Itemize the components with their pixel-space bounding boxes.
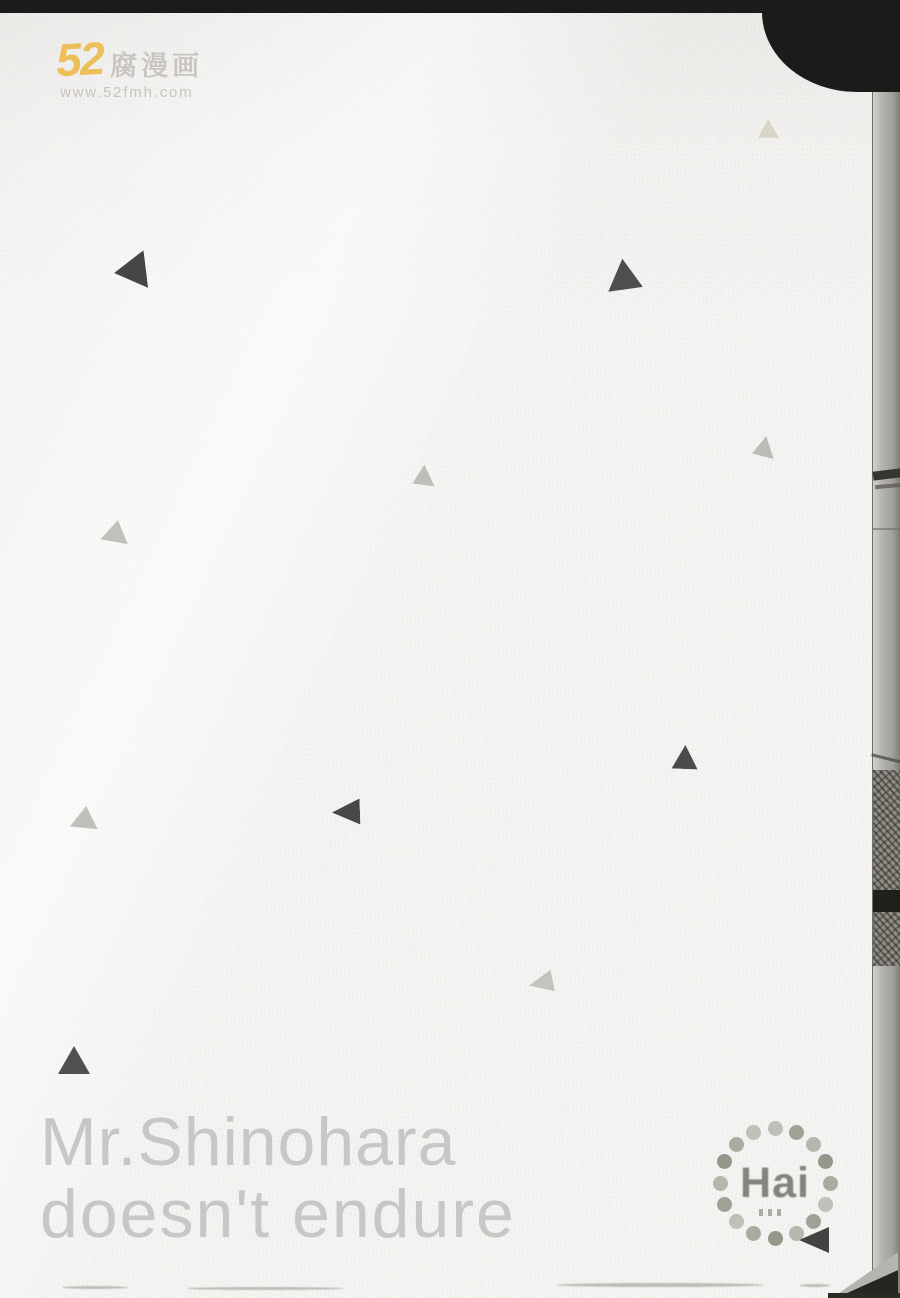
bottom-smudge-line — [800, 1284, 830, 1287]
watermark: 52 腐漫画 www.52fmh.com — [56, 36, 203, 101]
bottom-smudge-line — [556, 1283, 764, 1287]
triangle-dark — [672, 745, 699, 770]
page-title: Mr.Shinohara doesn't endure — [40, 1106, 516, 1250]
bottom-edge-dark-line — [828, 1293, 900, 1298]
triangle-light — [407, 464, 434, 494]
triangle-light — [527, 970, 555, 997]
watermark-cjk-text: 腐漫画 — [110, 53, 203, 80]
triangle-dark — [58, 1046, 90, 1074]
page-edge-mark — [873, 528, 900, 530]
hai-stamp-submarks — [759, 1209, 793, 1217]
top-right-corner-shadow — [762, 0, 900, 92]
page-edge-mark — [875, 483, 900, 489]
right-page-edge — [872, 58, 900, 1298]
triangle-light — [748, 436, 773, 465]
hai-stamp-label: Hai — [713, 1121, 837, 1245]
triangle-light — [100, 518, 131, 545]
page-edge-mark — [873, 468, 900, 480]
page-edge-mark — [871, 753, 900, 765]
page-edge-dark-band — [873, 890, 900, 912]
triangle-light — [70, 805, 100, 830]
triangle-dark — [332, 799, 361, 826]
watermark-row: 52 腐漫画 — [56, 36, 203, 82]
watermark-number: 52 — [55, 35, 105, 83]
title-line-1: Mr.Shinohara — [40, 1106, 516, 1178]
manga-page-scan: 52 腐漫画 www.52fmh.com Mr.Shinohara doesn'… — [0, 0, 900, 1298]
hai-stamp: Hai — [713, 1121, 837, 1245]
triangle-dark — [608, 259, 650, 304]
page-edge-hatch-art — [873, 770, 900, 966]
bottom-smudge-line — [186, 1287, 344, 1290]
watermark-url: www.52fmh.com — [60, 84, 203, 101]
triangle-faint-gold — [753, 119, 780, 147]
bottom-smudge-line — [62, 1286, 128, 1289]
triangle-dark — [112, 250, 148, 292]
title-line-2: doesn't endure — [40, 1178, 516, 1250]
